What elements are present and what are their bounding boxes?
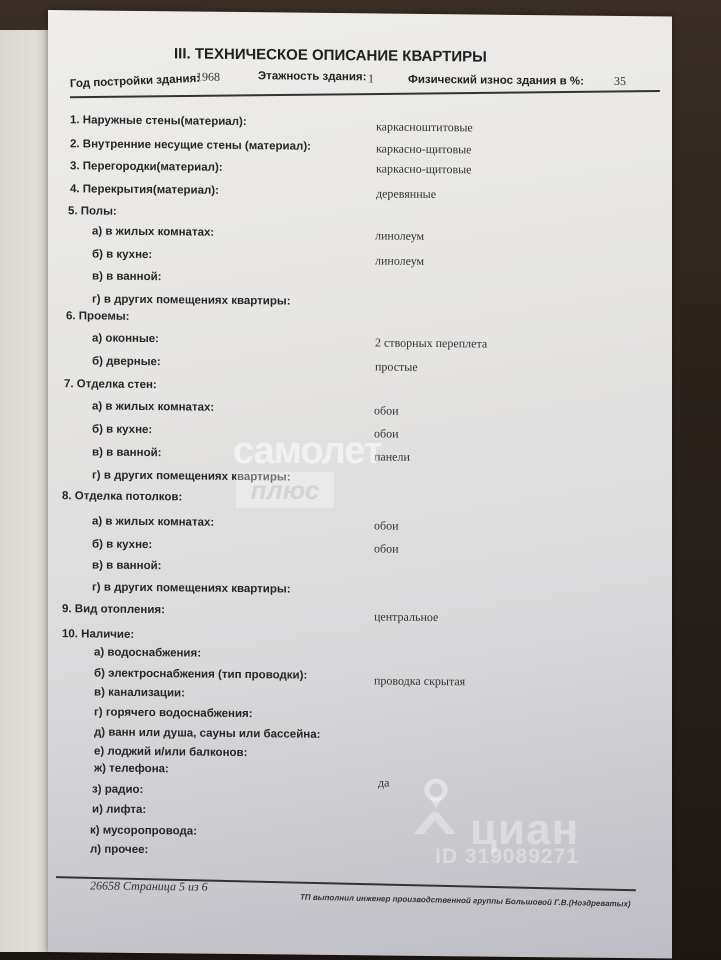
floors-label: Этажность здания: (258, 70, 366, 83)
samolet-plus-watermark: плюс (236, 472, 334, 508)
item-3-value: каркасно-щитовые (376, 161, 472, 177)
page-title: III. ТЕХНИЧЕСКОЕ ОПИСАНИЕ КВАРТИРЫ (174, 45, 487, 65)
item-7b-label: б) в кухне: (92, 423, 152, 436)
item-10g-label: ж) телефона: (94, 762, 169, 775)
item-6a-label: а) оконные: (92, 332, 159, 345)
item-7c-label: в) в ванной: (92, 446, 162, 459)
item-5a-value: линолеум (375, 228, 424, 244)
item-5d-label: г) в других помещениях квартиры: (92, 293, 291, 307)
item-3-label: 3. Перегородки(материал): (70, 160, 223, 174)
footer-engineer-note: ТП выполнил инженер производственной гру… (300, 893, 631, 909)
item-7a-value: обои (374, 403, 399, 418)
item-5-label: 5. Полы: (68, 205, 117, 218)
samolet-watermark: самолет (233, 430, 382, 473)
item-6a-value: 2 створных переплета (375, 335, 487, 351)
item-10g-value: да (378, 775, 389, 790)
wear-value: 35 (614, 74, 626, 89)
floors-value: 1 (368, 71, 374, 86)
item-10h-label: з) радио: (92, 783, 143, 796)
item-8a-label: а) в жилых комнатах: (92, 515, 214, 528)
wear-label: Физический износ здания в %: (408, 74, 584, 88)
item-8-label: 8. Отделка потолков: (62, 490, 182, 503)
build-year-value: 1968 (196, 70, 220, 85)
page-number: 26658 Страница 5 из 6 (90, 878, 208, 894)
item-5a-label: а) в жилых комнатах: (92, 225, 214, 238)
previous-page-edge (0, 30, 51, 952)
item-10b-label: б) электроснабжения (тип проводки): (94, 667, 307, 681)
cian-listing-id: ID 319089271 (435, 845, 579, 869)
item-10i-label: и) лифта: (92, 803, 146, 816)
item-10l-label: л) прочее: (90, 843, 148, 856)
item-8c-label: в) в ванной: (92, 559, 162, 572)
item-5c-label: в) в ванной: (92, 270, 162, 283)
item-2-value: каркасно-щитовые (376, 141, 472, 157)
item-10e-label: д) ванн или душа, сауны или бассейна: (94, 726, 320, 740)
item-4-value: деревянные (376, 186, 436, 202)
item-2-label: 2. Внутренние несущие стены (материал): (70, 138, 311, 153)
item-10c-label: в) канализации: (94, 686, 185, 699)
item-6b-value: простые (375, 359, 418, 374)
build-year-label: Год постройки здания: (70, 73, 201, 90)
item-8b-value: обои (374, 541, 399, 556)
item-8b-label: б) в кухне: (92, 538, 152, 551)
item-6-label: 6. Проемы: (66, 310, 130, 323)
item-5b-label: б) в кухне: (92, 248, 152, 261)
item-7a-label: а) в жилых комнатах: (92, 400, 214, 413)
item-7-label: 7. Отделка стен: (64, 378, 157, 391)
item-8a-value: обои (374, 518, 399, 533)
item-6b-label: б) дверные: (92, 355, 161, 368)
cian-location-pin-icon (410, 778, 460, 836)
item-10-label: 10. Наличие: (62, 628, 134, 641)
item-4-label: 4. Перекрытия(материал): (70, 183, 219, 197)
header-rule (70, 90, 660, 98)
item-10a-label: а) водоснабжения: (94, 646, 201, 659)
item-5b-value: линолеум (375, 253, 424, 269)
item-8d-label: г) в других помещениях квартиры: (92, 581, 291, 595)
item-9-value: центральное (374, 609, 438, 625)
item-10b-value: проводка скрытая (374, 673, 465, 689)
item-1-value: каркасноштитовые (376, 119, 473, 135)
item-10d-label: г) горячего водоснабжения: (94, 706, 253, 720)
item-10f-label: е) лоджий и/или балконов: (94, 745, 247, 759)
item-10k-label: к) мусоропровода: (90, 824, 197, 837)
item-1-label: 1. Наружные стены(материал): (70, 114, 247, 128)
item-9-label: 9. Вид отопления: (62, 603, 165, 616)
